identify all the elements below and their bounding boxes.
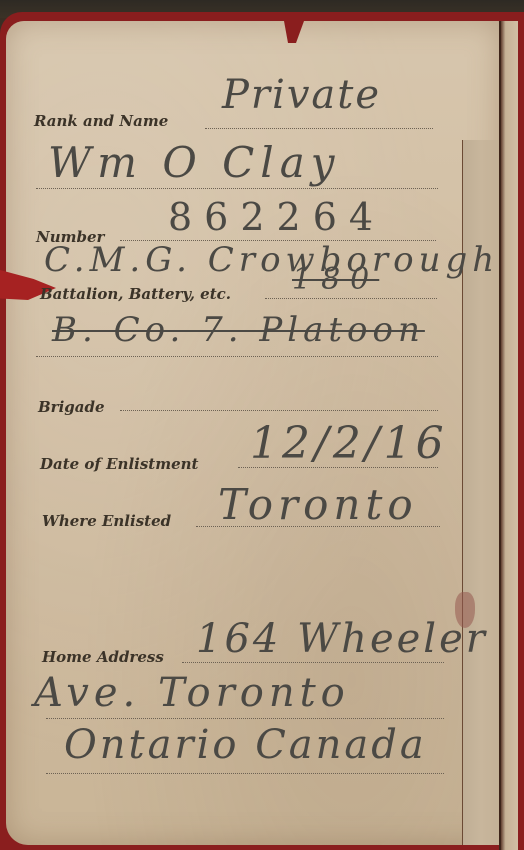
- rank-name-line: [205, 128, 433, 129]
- brigade-label: Brigade: [38, 398, 105, 416]
- address-continuation-1: Ave. Toronto: [34, 670, 350, 716]
- battalion-struck-2: B. Co. 7. Platoon: [52, 310, 425, 350]
- battalion-value: C.M.G. Crowborough: [44, 240, 499, 280]
- book-spine-edge: [500, 21, 518, 850]
- spine-line: [499, 21, 501, 850]
- battalion-label: Battalion, Battery, etc.: [40, 285, 231, 303]
- number-value: 862264: [168, 195, 385, 239]
- name-value: Wm O Clay: [48, 138, 340, 187]
- rank-value: Private: [222, 72, 381, 118]
- where-enlisted-label: Where Enlisted: [42, 512, 171, 530]
- address-line-2: [46, 718, 444, 719]
- battalion-struck-1: 180: [292, 262, 379, 297]
- address-line-3: [46, 773, 444, 774]
- address-continuation-2: Ontario Canada: [64, 722, 427, 768]
- battalion-line-2: [36, 356, 438, 357]
- home-address-label: Home Address: [42, 648, 164, 666]
- home-address-line: [182, 662, 444, 663]
- enlistment-date-label: Date of Enlistment: [40, 455, 198, 473]
- where-enlisted-value: Toronto: [218, 480, 418, 529]
- brigade-line: [120, 410, 438, 411]
- rank-name-label: Rank and Name: [34, 112, 168, 130]
- battalion-line: [265, 298, 437, 299]
- name-line: [36, 188, 438, 189]
- home-address-value: 164 Wheeler: [196, 616, 488, 662]
- enlistment-date-value: 12/2/16: [250, 418, 448, 469]
